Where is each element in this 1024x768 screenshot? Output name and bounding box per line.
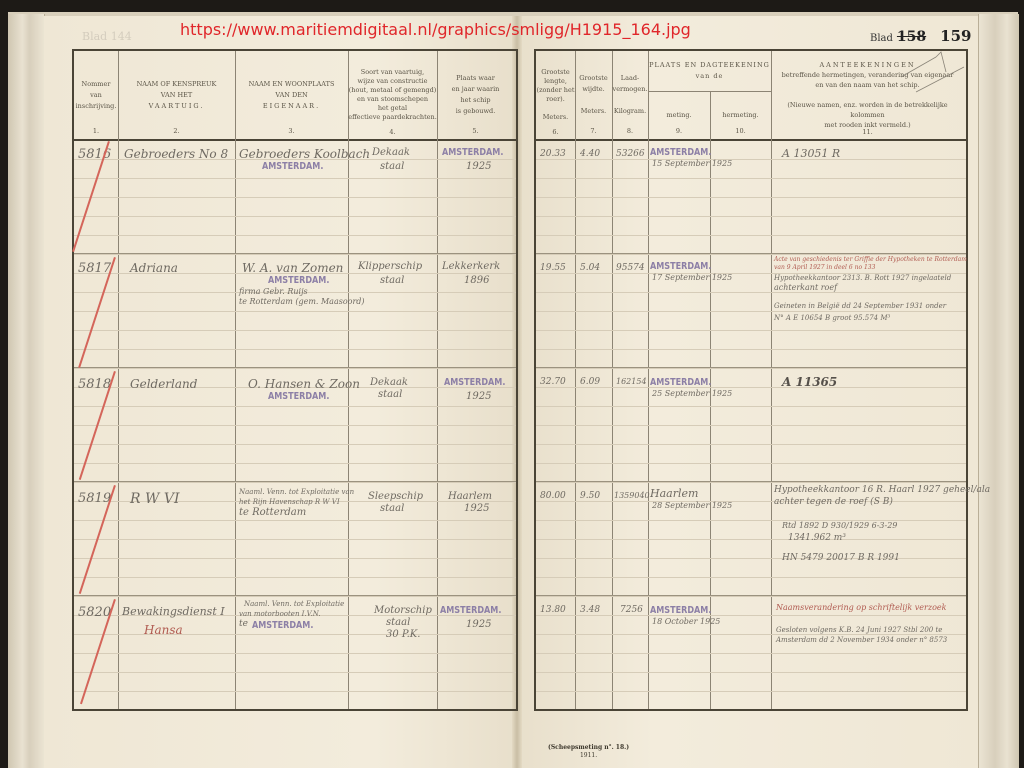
measurement-place-stamp: AMSTERDAM. [650, 605, 711, 616]
notes-line: 1341.962 m³ [788, 533, 846, 543]
ruling-line [536, 178, 966, 179]
register-table-left: Nommervaninschrijving. 1. NAAM OF KENSPR… [72, 49, 518, 711]
vessel-name: Gelderland [130, 377, 197, 391]
header-col-1: Nommervaninschrijving. 1. [74, 51, 118, 139]
ruling-line [536, 197, 966, 198]
measurement-place-stamp: AMSTERDAM. [650, 261, 711, 272]
build-place-stamp: AMSTERDAM. [440, 605, 501, 616]
ruling-line [536, 501, 966, 502]
ruling-line [536, 596, 966, 597]
vessel-type: Dekaak [370, 377, 408, 388]
construction: staal [380, 275, 404, 286]
ruling-line [74, 406, 516, 407]
measurement-date: 15 September 1925 [652, 159, 732, 169]
faint-bleedthrough-header: Blad 144 [82, 30, 132, 43]
ruling-line [536, 653, 966, 654]
blad-new-number: 159 [940, 27, 971, 45]
ruling-line [74, 311, 516, 312]
owner-line: Naaml. Venn. tot Exploitatie van [239, 487, 354, 497]
build-place: Lekkerkerk [442, 261, 500, 272]
notes-line: HN 5479 20017 B R 1991 [782, 553, 900, 563]
header-col-4: Soort van vaartuig,wijze van constructie… [348, 51, 437, 139]
ruling-line [536, 463, 966, 464]
ruling-line [536, 311, 966, 312]
ruling-line [74, 577, 516, 578]
notes-line: A 13051 R [782, 147, 840, 160]
ruling-line [74, 520, 516, 521]
owner-line: van motorbooten I.V.N. [239, 609, 321, 619]
owner-extra: te Rotterdam (gem. Maasoord) [239, 297, 365, 307]
ruling-line [74, 349, 516, 350]
ruling-line [536, 159, 966, 160]
build-place: Haarlem [448, 491, 492, 502]
vessel-name: Bewakingsdienst I [122, 605, 225, 618]
header-divider [536, 139, 966, 141]
ruling-line [536, 292, 966, 293]
ruling-line [536, 444, 966, 445]
ruling-line [536, 520, 966, 521]
build-year: 1925 [464, 503, 489, 514]
form-number: (Scheepsmeting n°. 18.) [548, 744, 629, 752]
capacity-kg: 7256 [620, 605, 643, 615]
ruling-line [74, 425, 516, 426]
ruling-line [74, 634, 516, 635]
ruling-line [536, 615, 966, 616]
header-col-6: Grootstelengte,(zonder hetroer). Meters.… [536, 51, 575, 139]
length-meters: 20.33 [540, 149, 566, 159]
ruling-line [74, 691, 516, 692]
entry-number: 5820 [78, 605, 111, 620]
owner-stamp: AMSTERDAM. [268, 275, 329, 286]
header-col-3: NAAM EN WOONPLAATSVAN DENEIGENAAR. 3. [235, 51, 348, 139]
ruling-line [536, 558, 966, 559]
ruling-line [74, 672, 516, 673]
header-col-8: Laad-vermogen. Kilogram. 8. [612, 51, 648, 139]
header-col-9: meting. 9. [648, 91, 710, 139]
ruling-line [536, 387, 966, 388]
ruling-line [74, 463, 516, 464]
vessel-name: Adriana [130, 261, 178, 275]
vessel-name: R W VI [130, 491, 179, 507]
blad-old-number: 158 [897, 29, 926, 45]
ruling-line [536, 406, 966, 407]
ruling-line [536, 577, 966, 578]
pencil-mark-icon [896, 47, 966, 97]
notes-line: N° A E 10654 B groot 95.574 M³ [774, 313, 890, 323]
measurement-place: Haarlem [650, 487, 698, 500]
entry-number: 5817 [78, 261, 111, 276]
build-place-stamp: AMSTERDAM. [442, 147, 503, 158]
width-meters: 9.50 [580, 491, 600, 501]
ruling-line [536, 539, 966, 540]
ruling-line [74, 444, 516, 445]
owner-line: het Rijn Havenschap R W VI [239, 497, 340, 507]
measurement-date: 25 September 1925 [652, 389, 732, 399]
measurement-date: 17 September 1925 [652, 273, 732, 283]
owner-stamp: AMSTERDAM. [268, 391, 329, 402]
header-col-2: NAAM OF KENSPREUKVAN HETVAARTUIG. 2. [118, 51, 235, 139]
measurement-date: 18 October 1925 [652, 617, 720, 627]
ruling-line [74, 216, 516, 217]
ruling-line [74, 178, 516, 179]
notes-line: A 11365 [782, 375, 837, 389]
ruling-line [536, 691, 966, 692]
ruling-line [74, 558, 516, 559]
ruling-line [74, 235, 516, 236]
width-meters: 6.09 [580, 377, 600, 387]
ruling-line [74, 482, 516, 483]
ruling-line [536, 235, 966, 236]
notes-line: Rtd 1892 D 930/1929 6-3-29 [782, 521, 897, 530]
owner-te: te [239, 619, 248, 629]
header-group-plaats: PLAATS EN DAGTEEKENINGvan de [648, 51, 771, 91]
notes-line: Geineten in België dd 24 September 1931 … [774, 301, 946, 311]
ruling-line [74, 653, 516, 654]
notes-line: Hypotheekkantoor 2313. B. Rott 1927 inge… [774, 273, 951, 283]
width-meters: 3.48 [580, 605, 600, 615]
ruling-line [74, 197, 516, 198]
ruling-line [536, 482, 966, 483]
ruling-line [74, 596, 516, 597]
capacity-kg: 53266 [616, 149, 645, 159]
owner-name: W. A. van Zomen [242, 261, 343, 275]
measurement-date: 28 September 1925 [652, 501, 732, 511]
ruling-line [536, 216, 966, 217]
left-page-edges [8, 14, 45, 768]
header-col-10: hermeting. 10. [710, 91, 771, 139]
vessel-type: Klipperschip [358, 261, 422, 272]
notes-line: Hypotheekkantoor 16 R. Haarl 1927 geheel… [774, 485, 990, 495]
length-meters: 32.70 [540, 377, 566, 387]
owner-extra: firma Gebr. Ruijs [239, 287, 308, 297]
ruling-line [536, 349, 966, 350]
vessel-type: Motorschip [374, 605, 432, 616]
header-col-7: Grootstewijdte. Meters. 7. [575, 51, 612, 139]
construction: staal [380, 161, 404, 172]
capacity-kg: 95574 [616, 263, 645, 273]
vessel-type: Dekaak [372, 147, 410, 158]
ruling-line [536, 330, 966, 331]
owner-stamp: AMSTERDAM. [252, 620, 313, 631]
ruling-line [536, 425, 966, 426]
form-footer: (Scheepsmeting n°. 18.) 1911. [548, 744, 629, 760]
page-number: Blad158159 [870, 27, 971, 45]
notes-line: achter tegen de roef (S B) [774, 497, 893, 507]
length-meters: 19.55 [540, 263, 566, 273]
ruling-line [536, 672, 966, 673]
build-year: 1925 [466, 619, 491, 630]
owner-stamp: AMSTERDAM. [262, 161, 323, 172]
source-url-overlay: https://www.maritiemdigitaal.nl/graphics… [180, 20, 691, 39]
measurement-place-stamp: AMSTERDAM. [650, 147, 711, 158]
width-meters: 5.04 [580, 263, 600, 273]
width-meters: 4.40 [580, 149, 600, 159]
vessel-name: Gebroeders No 8 [124, 147, 228, 161]
horsepower: 30 P.K. [386, 629, 420, 640]
form-year: 1911. [548, 752, 629, 760]
build-year: 1925 [466, 391, 491, 402]
length-meters: 80.00 [540, 491, 566, 501]
ruling-line [74, 254, 516, 255]
construction: staal [386, 617, 410, 628]
header-divider [74, 139, 516, 141]
owner-line: Naaml. Venn. tot Exploitatie [244, 599, 344, 609]
owner-name: O. Hansen & Zoon [248, 377, 360, 391]
capacity-kg: 1359040 [614, 491, 650, 500]
ruling-line [536, 368, 966, 369]
build-place-stamp: AMSTERDAM. [444, 377, 505, 388]
build-year: 1896 [464, 275, 489, 286]
header-col-5: Plaats waaren jaar waarinhet schipis geb… [437, 51, 514, 139]
measurement-place-stamp: AMSTERDAM. [650, 377, 711, 388]
owner-line: te Rotterdam [239, 507, 306, 518]
construction: staal [378, 389, 402, 400]
capacity-kg: 162154 [616, 377, 647, 386]
notes-line: Gesloten volgens K.B. 24 Juni 1927 Stbl … [776, 625, 942, 635]
owner-name: Gebroeders Koolbach [239, 147, 370, 161]
notes-line: Amsterdam dd 2 November 1934 onder n° 85… [776, 635, 947, 645]
entry-number: 5819 [78, 491, 111, 506]
construction: staal [380, 503, 404, 514]
notes-red-line: van 9 April 1927 in deel 6 no 133 [774, 263, 875, 273]
entry-number: 5818 [78, 377, 111, 392]
notes-line: achterkant roef [774, 283, 837, 293]
ruling-line [74, 368, 516, 369]
right-page-edges [978, 14, 1019, 768]
blad-label: Blad [870, 33, 893, 44]
vessel-new-name: Hansa [144, 623, 183, 637]
register-table-right: Grootstelengte,(zonder hetroer). Meters.… [534, 49, 968, 711]
vessel-type: Sleepschip [368, 491, 423, 502]
ruling-line [74, 330, 516, 331]
notes-red-line: Naamsverandering op schriftelijk verzoek [776, 603, 946, 612]
build-year: 1925 [466, 161, 491, 172]
ruling-line [74, 539, 516, 540]
length-meters: 13.80 [540, 605, 566, 615]
